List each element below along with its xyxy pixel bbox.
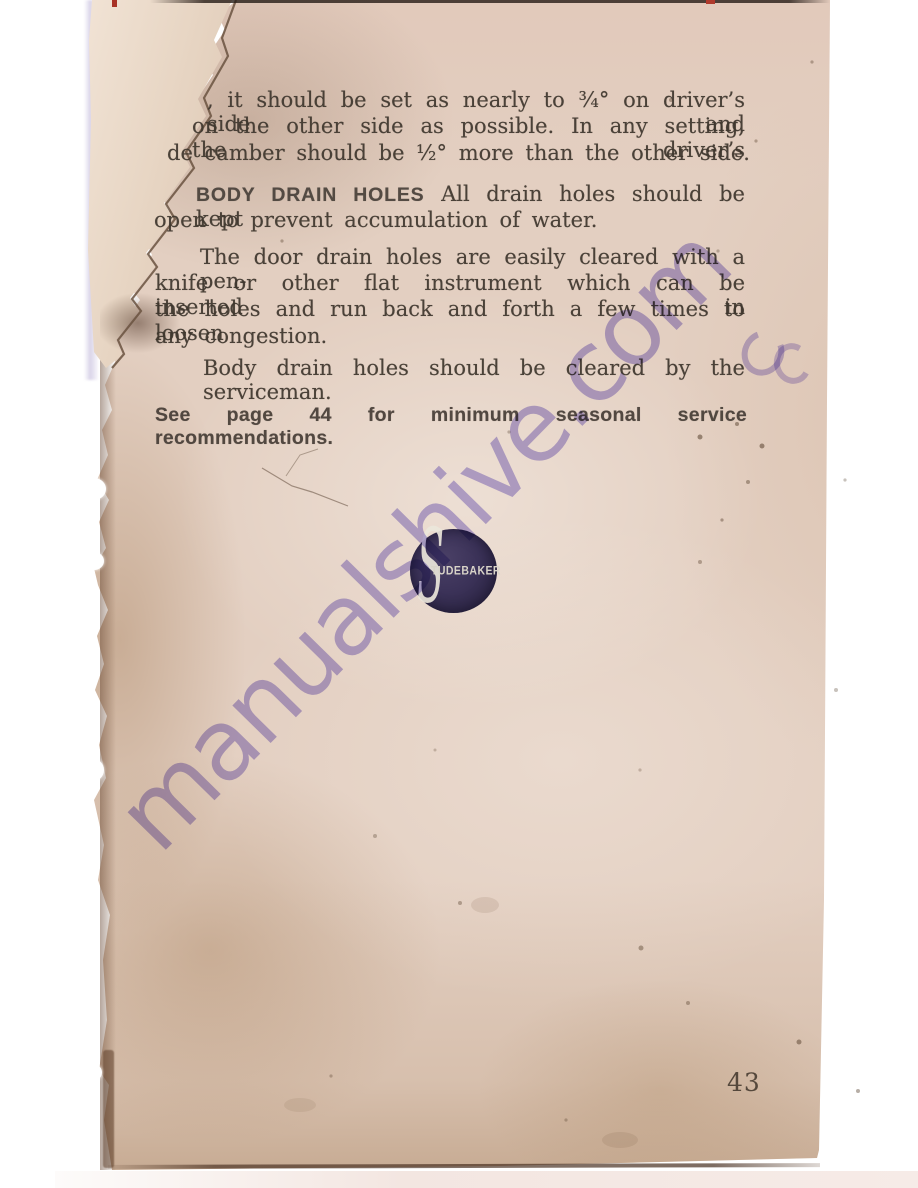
red-scan-mark [706, 0, 715, 4]
torn-notch [84, 552, 104, 570]
torn-notch [82, 478, 106, 500]
red-scan-mark [112, 0, 117, 7]
body-text-line: open to prevent accumulation of water. [154, 208, 597, 232]
torn-notch [84, 1064, 102, 1081]
body-text-line: de camber should be ½° more than the oth… [167, 141, 750, 165]
scanner-bed-strip [55, 1171, 918, 1188]
section-heading: BODY DRAIN HOLES [196, 184, 424, 206]
page-bottom-edge-line [108, 1163, 820, 1169]
scan-top-edge-line [150, 0, 830, 3]
scanned-manual-page: , it should be set as nearly to ¾° on dr… [0, 0, 918, 1188]
page-number: 43 [727, 1068, 761, 1097]
page-left-edge-dark-chunk [103, 1050, 114, 1168]
body-text-line: any congestion. [155, 324, 327, 348]
